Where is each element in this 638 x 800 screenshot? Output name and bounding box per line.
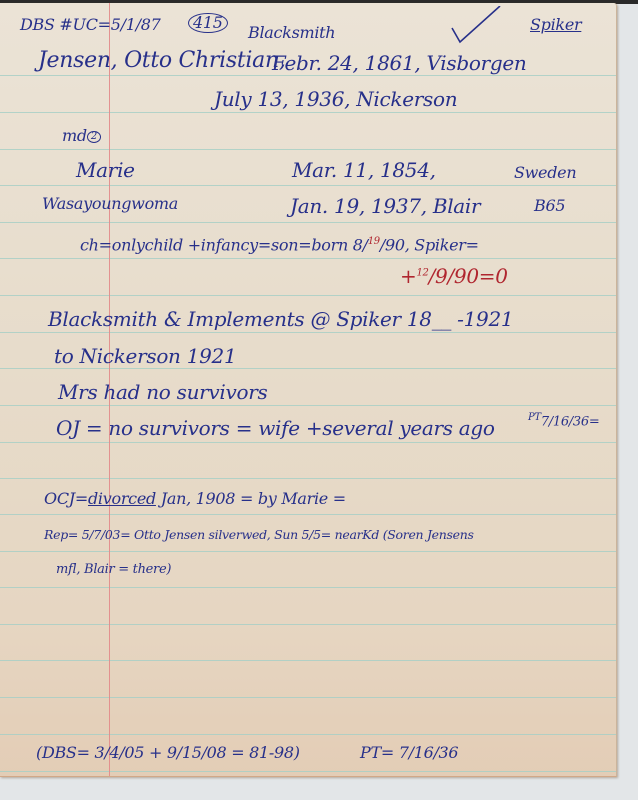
spouse-note: Wasayoungwoma xyxy=(42,196,178,212)
ruled-line xyxy=(0,660,616,661)
notebook-page: DBS #UC=5/1/87 415 Blacksmith Spiker Jen… xyxy=(0,3,617,777)
child-death-prefix: + xyxy=(400,264,416,288)
check-mark-icon xyxy=(450,6,510,56)
ruled-line xyxy=(0,75,616,76)
note-oj-survivors: OJ = no survivors = wife +several years … xyxy=(56,418,495,438)
note-annotation: PT7/16/36= xyxy=(528,413,599,428)
occupation-header: Blacksmith xyxy=(248,25,335,41)
ruled-line xyxy=(0,112,616,113)
subject-name: Jensen, Otto Christian, xyxy=(38,50,286,72)
ruled-line xyxy=(0,478,616,479)
subject-birth: Febr. 24, 1861, Visborgen xyxy=(272,53,526,73)
record-number-circle: 415 xyxy=(188,13,228,33)
footer-pt: PT= 7/16/36 xyxy=(360,745,458,761)
note-move: to Nickerson 1921 xyxy=(54,346,236,366)
place-header: Spiker xyxy=(530,17,581,33)
child-death-sup: 12 xyxy=(416,267,428,278)
child-birth-date-correction: 19 xyxy=(368,236,380,247)
record-number: 415 xyxy=(188,13,228,33)
spouse-birth: Mar. 11, 1854, xyxy=(292,160,436,180)
ruled-line xyxy=(0,624,616,625)
ruled-line xyxy=(0,551,616,552)
ruled-line xyxy=(0,332,616,333)
ruled-line xyxy=(0,185,616,186)
child-birth-date-base: 8/ xyxy=(353,235,368,254)
marriage-number: 2 xyxy=(87,131,101,143)
ruled-line xyxy=(0,149,616,150)
subject-death: July 13, 1936, Nickerson xyxy=(214,89,457,109)
ruled-line xyxy=(0,771,616,772)
ruled-line xyxy=(0,368,616,369)
ruled-line xyxy=(0,587,616,588)
header-ref: DBS #UC=5/1/87 xyxy=(20,17,160,33)
ruled-line xyxy=(0,442,616,443)
child-death-rest: /9/90=0 xyxy=(429,264,508,288)
ruled-line xyxy=(0,514,616,515)
note-annotation-sup: PT xyxy=(528,412,541,423)
spouse-burial: B65 xyxy=(534,198,565,214)
divorce-rest: Jan, 1908 = by Marie = xyxy=(156,489,346,508)
divorce-prefix: OCJ= xyxy=(44,489,88,508)
note-occupation: Blacksmith & Implements @ Spiker 18__ -1… xyxy=(48,309,513,329)
spouse-name: Marie xyxy=(76,160,135,180)
ruled-line xyxy=(0,697,616,698)
spouse-birthplace: Sweden xyxy=(514,165,576,181)
child-birth-date-rest: /90, Spiker= xyxy=(380,235,479,254)
report-line-1: Rep= 5/7/03= Otto Jensen silverwed, Sun … xyxy=(44,529,474,542)
child-death-note: +12/9/90=0 xyxy=(400,266,508,286)
ruled-line xyxy=(0,295,616,296)
marriage-label-text: md xyxy=(62,126,87,145)
ruled-line xyxy=(0,258,616,259)
ruled-line xyxy=(0,734,616,735)
ruled-line xyxy=(0,222,616,223)
spouse-death: Jan. 19, 1937, Blair xyxy=(290,196,480,216)
children-text: ch=onlychild +infancy=son=born xyxy=(80,235,353,254)
divorce-word: divorced xyxy=(88,489,156,508)
note-mrs-survivors: Mrs had no survivors xyxy=(58,382,267,402)
ruled-line xyxy=(0,405,616,406)
divorce-line: OCJ=divorced Jan, 1908 = by Marie = xyxy=(44,491,346,507)
note-annotation-text: 7/16/36= xyxy=(541,414,600,429)
children-line: ch=onlychild +infancy=son=born 8/19/90, … xyxy=(80,237,479,253)
marriage-label: md2 xyxy=(62,128,101,144)
footer-dbs: (DBS= 3/4/05 + 9/15/08 = 81-98) xyxy=(36,745,300,761)
report-line-2: mfl, Blair = there) xyxy=(56,563,171,576)
